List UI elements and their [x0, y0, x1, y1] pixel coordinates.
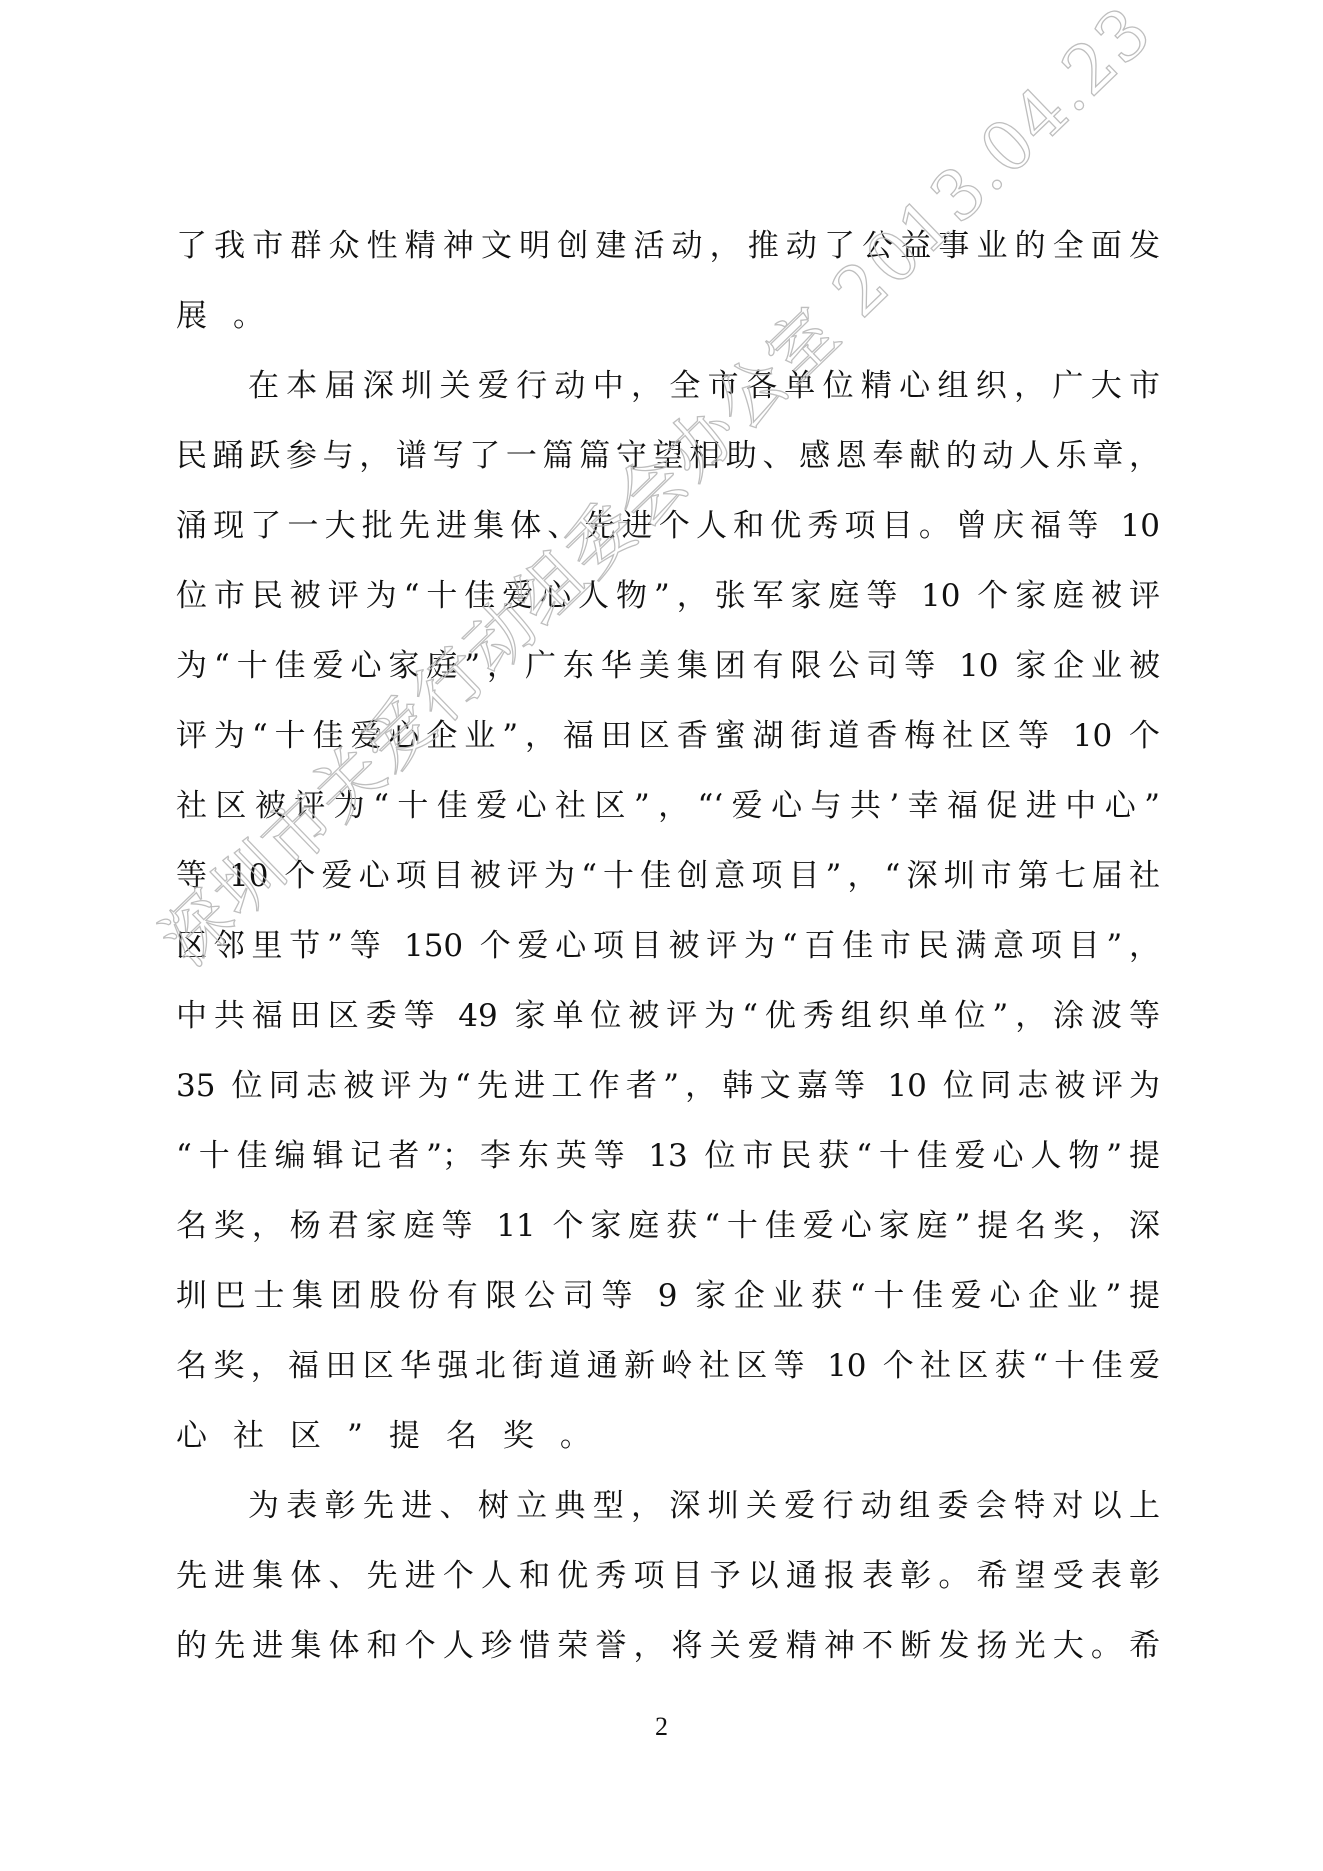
text-line: 区邻里节”等 150 个爱心项目被评为“百佳市民满意项目”，	[176, 918, 1160, 988]
text-line: 的先进集体和个人珍惜荣誉，将关爱精神不断发扬光大。希	[176, 1618, 1160, 1688]
text-line: 中共福田区委等 49 家单位被评为“优秀组织单位”，涂波等	[176, 988, 1160, 1058]
text-line: 了我市群众性精神文明创建活动，推动了公益事业的全面发	[176, 218, 1160, 288]
text-line: 圳巴士集团股份有限公司等 9 家企业获“十佳爱心企业”提	[176, 1268, 1160, 1338]
paragraph-first-line: 在本届深圳关爱行动中，全市各单位精心组织，广大市	[176, 358, 1160, 428]
document-page: 了我市群众性精神文明创建活动，推动了公益事业的全面发 展。 在本届深圳关爱行动中…	[0, 0, 1323, 1871]
text-line: 先进集体、先进个人和优秀项目予以通报表彰。希望受表彰	[176, 1548, 1160, 1618]
paragraph-first-line: 为表彰先进、树立典型，深圳关爱行动组委会特对以上	[176, 1478, 1160, 1548]
text-line: 社区被评为“十佳爱心社区”，“‘爱心与共’幸福促进中心”	[176, 778, 1160, 848]
text-line: 展。	[176, 288, 1160, 358]
text-line: 35 位同志被评为“先进工作者”，韩文嘉等 10 位同志被评为	[176, 1058, 1160, 1128]
text-line: 等 10 个爱心项目被评为“十佳创意项目”，“深圳市第七届社	[176, 848, 1160, 918]
text-line: 涌现了一大批先进集体、先进个人和优秀项目。曾庆福等 10	[176, 498, 1160, 568]
text-line: 位市民被评为“十佳爱心人物”，张军家庭等 10 个家庭被评	[176, 568, 1160, 638]
text-line: 名奖，福田区华强北街道通新岭社区等 10 个社区获“十佳爱	[176, 1338, 1160, 1408]
page-number: 2	[0, 1712, 1323, 1742]
text-line: 评为“十佳爱心企业”，福田区香蜜湖街道香梅社区等 10 个	[176, 708, 1160, 778]
text-line: 民踊跃参与，谱写了一篇篇守望相助、感恩奉献的动人乐章，	[176, 428, 1160, 498]
text-line: 名奖，杨君家庭等 11 个家庭获“十佳爱心家庭”提名奖，深	[176, 1198, 1160, 1268]
body-text: 了我市群众性精神文明创建活动，推动了公益事业的全面发 展。 在本届深圳关爱行动中…	[176, 218, 1160, 1688]
text-line: 为“十佳爱心家庭”，广东华美集团有限公司等 10 家企业被	[176, 638, 1160, 708]
text-line: “十佳编辑记者”；李东英等 13 位市民获“十佳爱心人物”提	[176, 1128, 1160, 1198]
text-line: 心社区”提名奖。	[176, 1408, 1160, 1478]
